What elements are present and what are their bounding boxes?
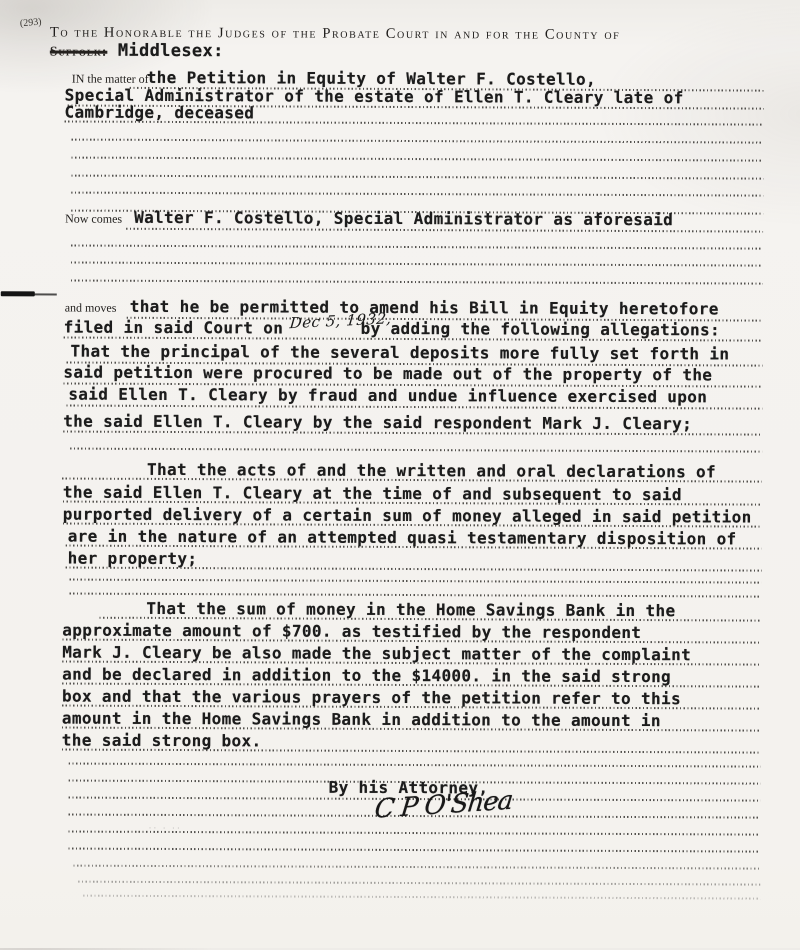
- allegation-line: said Ellen T. Cleary by fraud and undue …: [68, 387, 707, 406]
- page-number: (293): [20, 18, 42, 30]
- now-comes-label: Now comes: [65, 213, 122, 225]
- matter-of-label: IN the matter of: [72, 73, 149, 85]
- allegation-line: her property;: [68, 551, 198, 568]
- attorney-signature: C P O'Shea: [373, 788, 513, 823]
- allegation-line: the said Ellen T. Cleary by the said res…: [63, 414, 692, 433]
- allegation-line: purported delivery of a certain sum of m…: [63, 507, 752, 526]
- dotted-rule: [69, 763, 761, 768]
- dotted-rule: [71, 280, 763, 285]
- allegation-line: That the sum of money in the Home Saving…: [146, 601, 675, 619]
- allegation-line: box and that the various prayers of the …: [62, 689, 681, 708]
- filed-line-suffix: by adding the following allegations:: [361, 321, 720, 339]
- dotted-rule: [73, 865, 760, 870]
- matter-line: the Petition in Equity of Walter F. Cost…: [147, 70, 596, 88]
- filed-line-prefix: filed in said Court on: [64, 320, 284, 337]
- allegation-line: the said strong box.: [62, 733, 262, 750]
- dotted-rule: [70, 448, 762, 453]
- allegation-line: said petition were procured to be made o…: [63, 365, 712, 384]
- dotted-rule: [71, 139, 763, 144]
- allegation-line: approximate amount of $700. as testified…: [62, 623, 641, 642]
- dotted-rule: [83, 895, 760, 900]
- dotted-rule: [78, 881, 760, 886]
- dotted-rule: [70, 579, 762, 584]
- allegation-line: the said Ellen T. Cleary at the time of …: [63, 485, 682, 504]
- dotted-rule: [71, 175, 763, 180]
- probate-petition-document: (293) To the Honorable the Judges of the…: [0, 0, 800, 948]
- allegation-line: Mark J. Cleary be also made the subject …: [62, 645, 691, 664]
- dotted-rule: [68, 848, 760, 853]
- dotted-rule: [71, 157, 763, 162]
- margin-mark: [1, 291, 35, 296]
- dotted-rule: [71, 245, 763, 250]
- and-moves-label: and moves: [65, 302, 117, 314]
- petitioner-line: Walter F. Costello, Special Administrato…: [134, 210, 673, 228]
- county-name: Middlesex:: [118, 43, 224, 60]
- matter-line: Cambridge, deceased: [65, 105, 255, 122]
- margin-mark: [31, 293, 57, 295]
- ink-smudge: ·· · ··: [148, 823, 182, 833]
- struck-county: Suffolk:: [50, 44, 108, 58]
- allegation-line: That the acts of and the written and ora…: [147, 462, 716, 480]
- allegation-line: amount in the Home Savings Bank in addit…: [62, 711, 661, 730]
- motion-line: that he be permitted to amend his Bill i…: [130, 299, 719, 318]
- dotted-rule: [69, 593, 761, 598]
- dotted-rule: [71, 192, 763, 197]
- allegation-line: That the principal of the several deposi…: [70, 344, 729, 363]
- allegation-line: and be declared in addition to the $1400…: [62, 667, 671, 686]
- allegation-line: are in the nature of an attempted quasi …: [68, 529, 737, 548]
- dotted-rule: [71, 262, 763, 267]
